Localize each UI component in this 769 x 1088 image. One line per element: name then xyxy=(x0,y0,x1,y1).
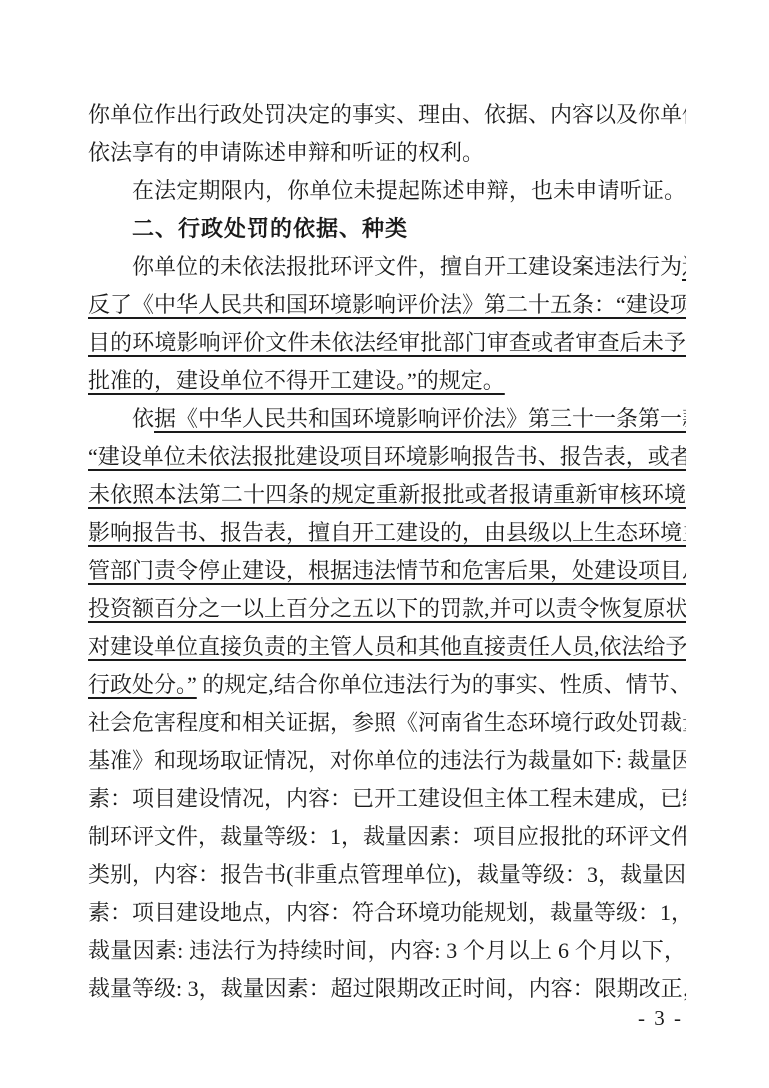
underlined-text-run: 反了《中华人民共和国环境影响评价法》第二十五条：“建设项 xyxy=(88,292,686,317)
text-line: 批准的，建设单位不得开工建设。”的规定。 xyxy=(88,362,686,400)
text-line: 管部门责令停止建设，根据违法情节和危害后果，处建设项目总 xyxy=(88,552,686,590)
text-line: 社会危害程度和相关证据，参照《河南省生态环境行政处罚裁量 xyxy=(88,704,686,742)
text-run: 裁量因素: 违法行为持续时间，内容: 3 个月以上 6 个月以下， xyxy=(88,938,686,963)
underlined-text-run: 违 xyxy=(682,254,686,279)
text-run: 社会危害程度和相关证据，参照《河南省生态环境行政处罚裁量 xyxy=(88,710,686,735)
text-run: 素：项目建设情况，内容：已开工建设但主体工程未建成，已编 xyxy=(88,786,686,811)
text-run: 依 xyxy=(132,406,154,431)
underlined-text-run: 行政处分。” xyxy=(88,672,197,697)
text-run: 二、行政处罚的依据、种类 xyxy=(132,216,408,241)
text-line: 在法定期限内，你单位未提起陈述申辩，也未申请听证。 xyxy=(88,172,686,210)
text-run: 基准》和现场取证情况，对你单位的违法行为裁量如下: 裁量因 xyxy=(88,748,686,773)
text-run: 制环评文件，裁量等级：1，裁量因素：项目应报批的环评文件 xyxy=(88,824,686,849)
text-line: 影响报告书、报告表，擅自开工建设的，由县级以上生态环境主 xyxy=(88,514,686,552)
text-line: 你单位作出行政处罚决定的事实、理由、依据、内容以及你单位 xyxy=(88,96,686,134)
text-line: 行政处分。” 的规定,结合你单位违法行为的事实、性质、情节、 xyxy=(88,666,686,704)
underlined-text-run: 管部门责令停止建设，根据违法情节和危害后果，处建设项目总 xyxy=(88,558,686,583)
section-heading: 二、行政处罚的依据、种类 xyxy=(88,210,686,248)
text-line: 基准》和现场取证情况，对你单位的违法行为裁量如下: 裁量因 xyxy=(88,742,686,780)
text-line: 素：项目建设地点，内容：符合环境功能规划，裁量等级：1， xyxy=(88,894,686,932)
text-line: 反了《中华人民共和国环境影响评价法》第二十五条：“建设项 xyxy=(88,286,686,324)
underlined-text-run: 据《中华人民共和国环境影响评价法》第三十一条第一款: xyxy=(154,406,686,431)
document-body: 你单位作出行政处罚决定的事实、理由、依据、内容以及你单位依法享有的申请陈述申辩和… xyxy=(88,96,686,1008)
underlined-text-run: 影响报告书、报告表，擅自开工建设的，由县级以上生态环境主 xyxy=(88,520,686,545)
document-page: 你单位作出行政处罚决定的事实、理由、依据、内容以及你单位依法享有的申请陈述申辩和… xyxy=(0,0,769,1088)
underlined-text-run: “建设单位未依法报批建设项目环境影响报告书、报告表，或者 xyxy=(88,444,686,469)
text-line: 对建设单位直接负责的主管人员和其他直接责任人员,依法给予 xyxy=(88,628,686,666)
text-line: 依法享有的申请陈述申辩和听证的权利。 xyxy=(88,134,686,172)
text-run: 类别，内容：报告书(非重点管理单位)，裁量等级：3，裁量因 xyxy=(88,862,686,887)
text-run: 依法享有的申请陈述申辩和听证的权利。 xyxy=(88,140,484,165)
text-line: 制环评文件，裁量等级：1，裁量因素：项目应报批的环评文件 xyxy=(88,818,686,856)
text-run: 裁量等级: 3，裁量因素：超过限期改正时间，内容：限期改正， xyxy=(88,976,686,1001)
text-line: 未依照本法第二十四条的规定重新报批或者报请重新审核环境 xyxy=(88,476,686,514)
underlined-text-run: 目的环境影响评价文件未依法经审批部门审查或者审查后未予 xyxy=(88,330,686,355)
text-line: 你单位的未依法报批环评文件，擅自开工建设案违法行为违 xyxy=(88,248,686,286)
text-run: 素：项目建设地点，内容：符合环境功能规划，裁量等级：1， xyxy=(88,900,686,925)
underlined-text-run: 批准的，建设单位不得开工建设。”的规定。 xyxy=(88,368,505,393)
text-line: 依据《中华人民共和国环境影响评价法》第三十一条第一款: xyxy=(88,400,686,438)
text-run: 你单位的未依法报批环评文件，擅自开工建设案违法行为 xyxy=(132,254,682,279)
page-number: - 3 - xyxy=(638,1004,683,1032)
text-run: 你单位作出行政处罚决定的事实、理由、依据、内容以及你单位 xyxy=(88,102,686,127)
text-line: 素：项目建设情况，内容：已开工建设但主体工程未建成，已编 xyxy=(88,780,686,818)
text-run: 在法定期限内，你单位未提起陈述申辩，也未申请听证。 xyxy=(132,178,686,203)
underlined-text-run: 投资额百分之一以上百分之五以下的罚款,并可以责令恢复原状; xyxy=(88,596,686,621)
text-line: 投资额百分之一以上百分之五以下的罚款,并可以责令恢复原状; xyxy=(88,590,686,628)
text-run: 的规定,结合你单位违法行为的事实、性质、情节、 xyxy=(197,672,686,697)
underlined-text-run: 对建设单位直接负责的主管人员和其他直接责任人员,依法给予 xyxy=(88,634,686,659)
text-line: 裁量因素: 违法行为持续时间，内容: 3 个月以上 6 个月以下， xyxy=(88,932,686,970)
text-line: 类别，内容：报告书(非重点管理单位)，裁量等级：3，裁量因 xyxy=(88,856,686,894)
text-line: 裁量等级: 3，裁量因素：超过限期改正时间，内容：限期改正， xyxy=(88,970,686,1008)
text-line: 目的环境影响评价文件未依法经审批部门审查或者审查后未予 xyxy=(88,324,686,362)
underlined-text-run: 未依照本法第二十四条的规定重新报批或者报请重新审核环境 xyxy=(88,482,686,507)
text-line: “建设单位未依法报批建设项目环境影响报告书、报告表，或者 xyxy=(88,438,686,476)
